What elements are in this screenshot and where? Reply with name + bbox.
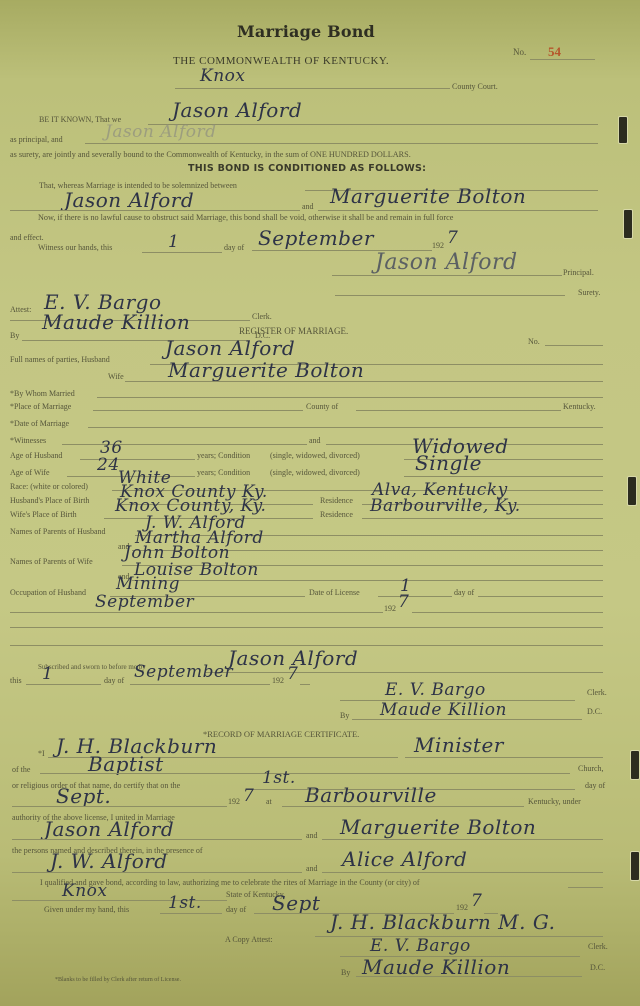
binder-tab — [619, 117, 627, 143]
sworn-dc-signature: Maude Killion — [380, 700, 507, 720]
cert-month: Sept. — [56, 784, 111, 808]
sworn-this-label: this — [10, 676, 22, 685]
wife-label: Wife — [108, 372, 124, 381]
husband-condition-options: (single, widowed, divorced) — [270, 451, 360, 460]
register-no-label: No. — [528, 337, 540, 346]
document-title: Marriage Bond — [237, 22, 375, 41]
i-label: *I — [38, 749, 45, 758]
officiant-title: Minister — [414, 733, 504, 757]
cert-witness1: J. W. Alford — [50, 849, 168, 873]
church-label: Church, — [578, 764, 604, 773]
cert-year-prefix: 192 — [228, 797, 240, 806]
given-month: Sept — [272, 891, 320, 915]
day-of-label: day of — [224, 243, 244, 252]
wife-condition-prefix: years; Condition — [197, 468, 250, 477]
bond-number: 54 — [548, 44, 561, 60]
surety-text: as surety, are jointly and severally bou… — [10, 150, 411, 159]
given-label: Given under my hand, this — [44, 905, 129, 914]
witnesses-and-label: and — [309, 436, 321, 445]
date-label: *Date of Marriage — [10, 419, 69, 428]
cert-witness2: Alice Alford — [342, 847, 467, 871]
binder-tab — [624, 210, 632, 238]
number-label: No. — [513, 47, 526, 57]
sworn-by-label: By — [340, 711, 349, 720]
cert-county: Knox — [62, 881, 107, 901]
given-day-of-label: day of — [226, 905, 246, 914]
county-value: Knox — [200, 66, 245, 86]
and-effect-label: and effect. — [10, 233, 44, 242]
copy-attest-label: A Copy Attest: — [225, 935, 273, 944]
cert-and-label: and — [306, 831, 318, 840]
place-label: *Place of Marriage — [10, 402, 71, 411]
license-year-prefix: 192 — [384, 604, 396, 613]
witness-label: Witness our hands, this — [38, 243, 112, 252]
parents-wife-label: Names of Parents of Wife — [10, 557, 93, 566]
cert-witness-and-label: and — [306, 864, 318, 873]
license-date-label: Date of License — [309, 588, 360, 597]
binder-tab — [631, 852, 639, 880]
cert-at-label: at — [266, 797, 272, 806]
license-month: September — [95, 592, 194, 612]
sworn-month: September — [134, 662, 233, 682]
sworn-dc-label: D.C. — [587, 707, 602, 716]
footnote: *Blanks to be filled by Clerk after retu… — [55, 977, 181, 983]
clerk-label: Clerk. — [252, 312, 272, 321]
occupation-label: Occupation of Husband — [10, 588, 86, 597]
party1-name: Jason Alford — [64, 188, 194, 212]
party2-name: Marguerite Bolton — [330, 184, 526, 208]
principal-signature: Jason Alford — [375, 250, 518, 275]
witness-month: September — [258, 226, 374, 250]
surety-name: Jason Alford — [105, 122, 217, 142]
kentucky-label: Kentucky. — [563, 402, 596, 411]
sworn-year-suffix: 7 — [287, 664, 298, 684]
cert-clerk-signature: E. V. Bargo — [370, 936, 471, 956]
cert-by-label: By — [341, 968, 350, 977]
surety-label: Surety. — [578, 288, 600, 297]
principal-name: Jason Alford — [172, 98, 302, 122]
wife-condition: Single — [415, 451, 482, 475]
dc-signature: Maude Killion — [42, 310, 190, 334]
subscribed-label: Subscribed and sworn to before me by — [38, 663, 146, 671]
husband-birth-label: Husband's Place of Birth — [10, 496, 89, 505]
witnesses-label: *Witnesses — [10, 436, 46, 445]
wife-residence-label: Residence — [320, 510, 353, 519]
cert-place: Barbourville — [305, 783, 437, 807]
witness-day: 1 — [168, 232, 179, 252]
county-of-label: County of — [306, 402, 338, 411]
given-day: 1st. — [168, 893, 202, 913]
year-prefix: 192 — [432, 241, 444, 250]
year-suffix: 7 — [447, 228, 458, 248]
cert-day: 1st. — [262, 768, 296, 788]
sworn-day: 1 — [42, 664, 53, 684]
county-court-label: County Court. — [452, 82, 498, 91]
cert-day-of-label: day of — [585, 781, 605, 790]
race-label: Race: (white or colored) — [10, 482, 88, 491]
cert-clerk-label: Clerk. — [588, 942, 608, 951]
sworn-day-of-label: day of — [104, 676, 124, 685]
officiant-signature: J. H. Blackburn M. G. — [330, 910, 555, 934]
full-names-label: Full names of parties, Husband — [10, 355, 110, 364]
kentucky-under-label: Kentucky, under — [528, 797, 581, 806]
age-wife-label: Age of Wife — [10, 468, 50, 477]
husband-residence-label: Residence — [320, 496, 353, 505]
by-label: By — [10, 331, 19, 340]
license-year-suffix: 7 — [398, 592, 409, 612]
husband-name: Jason Alford — [165, 336, 295, 360]
cert-dc-label: D.C. — [590, 963, 605, 972]
wife-birth-label: Wife's Place of Birth — [10, 510, 77, 519]
age-husband-label: Age of Husband — [10, 451, 62, 460]
age-wife: 24 — [97, 455, 120, 475]
cert-year-suffix: 7 — [243, 786, 254, 806]
now-text: Now, if there is no lawful cause to obst… — [38, 213, 453, 222]
certificate-heading: *RECORD OF MARRIAGE CERTIFICATE. — [203, 729, 359, 739]
given-year-suffix: 7 — [471, 891, 482, 911]
wife-condition-options: (single, widowed, divorced) — [270, 468, 360, 477]
register-heading: REGISTER OF MARRIAGE. — [239, 326, 348, 336]
of-the-label: of the — [12, 765, 30, 774]
sworn-year-prefix: 192 — [272, 676, 284, 685]
wife-name: Marguerite Bolton — [168, 358, 364, 382]
occupation: Mining — [116, 574, 180, 594]
sworn-clerk-label: Clerk. — [587, 688, 607, 697]
wife-residence: Barbourville, Ky. — [370, 496, 521, 516]
license-day-of-label: day of — [454, 588, 474, 597]
conditions-heading: THIS BOND IS CONDITIONED AS FOLLOWS: — [188, 163, 426, 174]
binder-tab — [631, 751, 639, 779]
cert-party2: Marguerite Bolton — [340, 815, 536, 839]
parents-husband-label: Names of Parents of Husband — [10, 527, 106, 536]
as-principal-label: as principal, and — [10, 135, 63, 144]
binder-tab — [628, 477, 636, 505]
attest-label: Attest: — [10, 305, 31, 314]
principal-label: Principal. — [563, 268, 594, 277]
cert-party1: Jason Alford — [44, 817, 174, 841]
by-whom-label: *By Whom Married — [10, 389, 75, 398]
marriage-bond-document: Marriage Bond THE COMMONWEALTH OF KENTUC… — [0, 0, 640, 1006]
sworn-clerk-signature: E. V. Bargo — [385, 680, 486, 700]
husband-condition-prefix: years; Condition — [197, 451, 250, 460]
and-label: and — [302, 202, 314, 211]
